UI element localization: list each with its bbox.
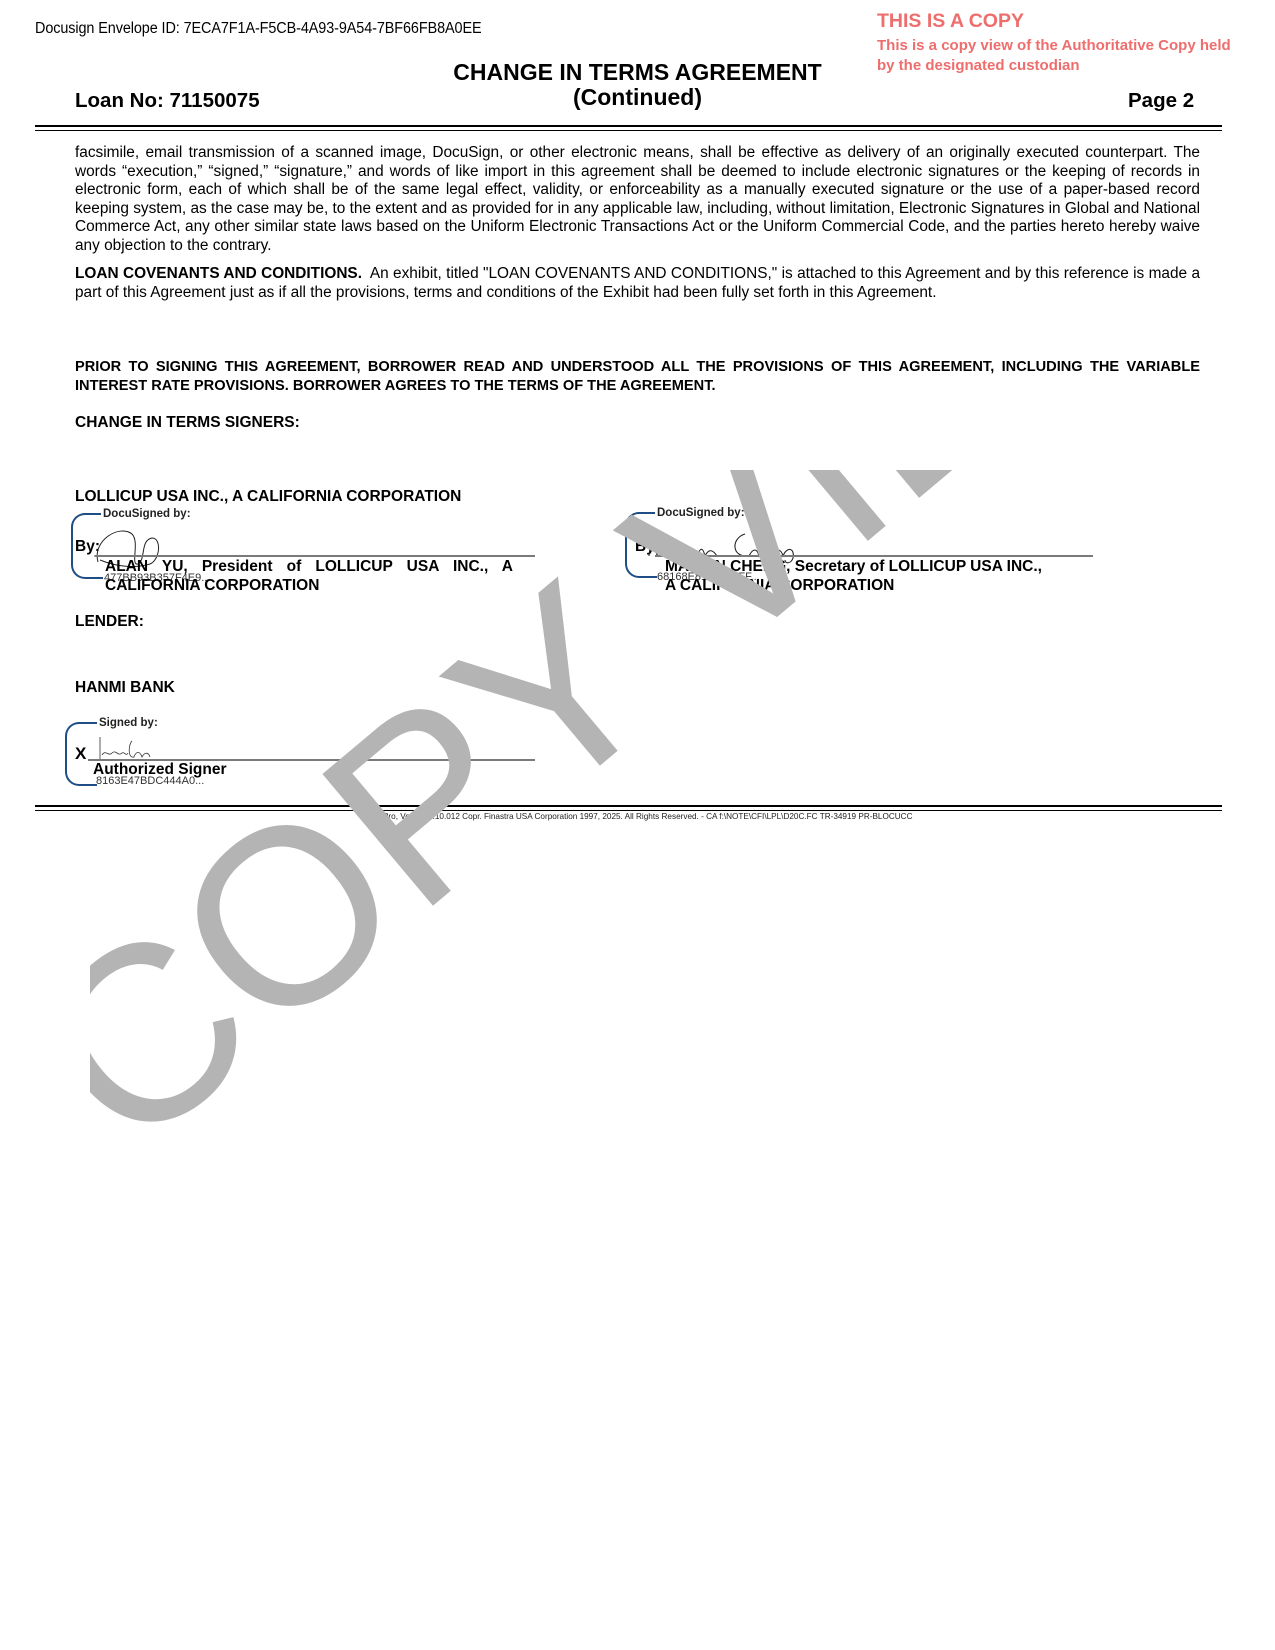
header-rule-thin: [35, 130, 1222, 131]
lender-heading: LENDER:: [75, 613, 144, 631]
docusigned-label-left: DocuSigned by:: [101, 508, 193, 520]
signature-line-left: [95, 555, 535, 557]
footer-rule-thin: [35, 810, 1222, 811]
loan-number: Loan No: 71150075: [75, 89, 260, 113]
signature-line-right: [655, 555, 1093, 557]
signer-name-marvin-cheng: MARVIN CHENG, Secretary of LOLLICUP USA …: [665, 558, 1075, 595]
covenants-heading: LOAN COVENANTS AND CONDITIONS.: [75, 265, 362, 282]
footer-text: LaserPro, Ver. 24.3.10.012 Copr. Finastr…: [0, 812, 1275, 821]
electronic-signature-paragraph: facsimile, email transmission of a scann…: [75, 144, 1200, 255]
title: CHANGE IN TERMS AGREEMENT: [0, 60, 1275, 85]
signature-hash-lender: 8163E47BDC444A0...: [96, 775, 204, 787]
signer-title-line1: MARVIN CHENG, Secretary of LOLLICUP USA …: [665, 558, 1075, 577]
copy-notice-line1: This is a copy view of the Authoritative…: [877, 36, 1275, 56]
footer-rule: [35, 805, 1222, 807]
acknowledgement: PRIOR TO SIGNING THIS AGREEMENT, BORROWE…: [75, 358, 1200, 395]
page-number: Page 2: [1128, 89, 1194, 113]
lender-name: HANMI BANK: [75, 679, 175, 697]
header-rule: [35, 125, 1222, 127]
signer-title-line2: CALIFORNIA CORPORATION: [105, 577, 513, 596]
borrower-name: LOLLICUP USA INC., A CALIFORNIA CORPORAT…: [75, 488, 461, 506]
signer-name-alan-yu: ALAN YU, President of LOLLICUP USA INC.,…: [105, 558, 513, 595]
signer-title-line2: A CALIFORNIA CORPORATION: [665, 577, 1075, 596]
signer-title-line1: ALAN YU, President of LOLLICUP USA INC.,…: [105, 558, 513, 577]
signed-by-label: Signed by:: [97, 717, 160, 729]
signers-heading: CHANGE IN TERMS SIGNERS:: [75, 414, 300, 432]
paragraph-text: facsimile, email transmission of a scann…: [75, 144, 1200, 255]
envelope-id: Docusign Envelope ID: 7ECA7F1A-F5CB-4A93…: [35, 20, 482, 38]
docusigned-label-right: DocuSigned by:: [655, 507, 747, 519]
x-mark: X: [75, 744, 86, 764]
copy-notice-title: THIS IS A COPY: [877, 10, 1024, 33]
covenants-paragraph: LOAN COVENANTS AND CONDITIONS. An exhibi…: [75, 265, 1200, 302]
